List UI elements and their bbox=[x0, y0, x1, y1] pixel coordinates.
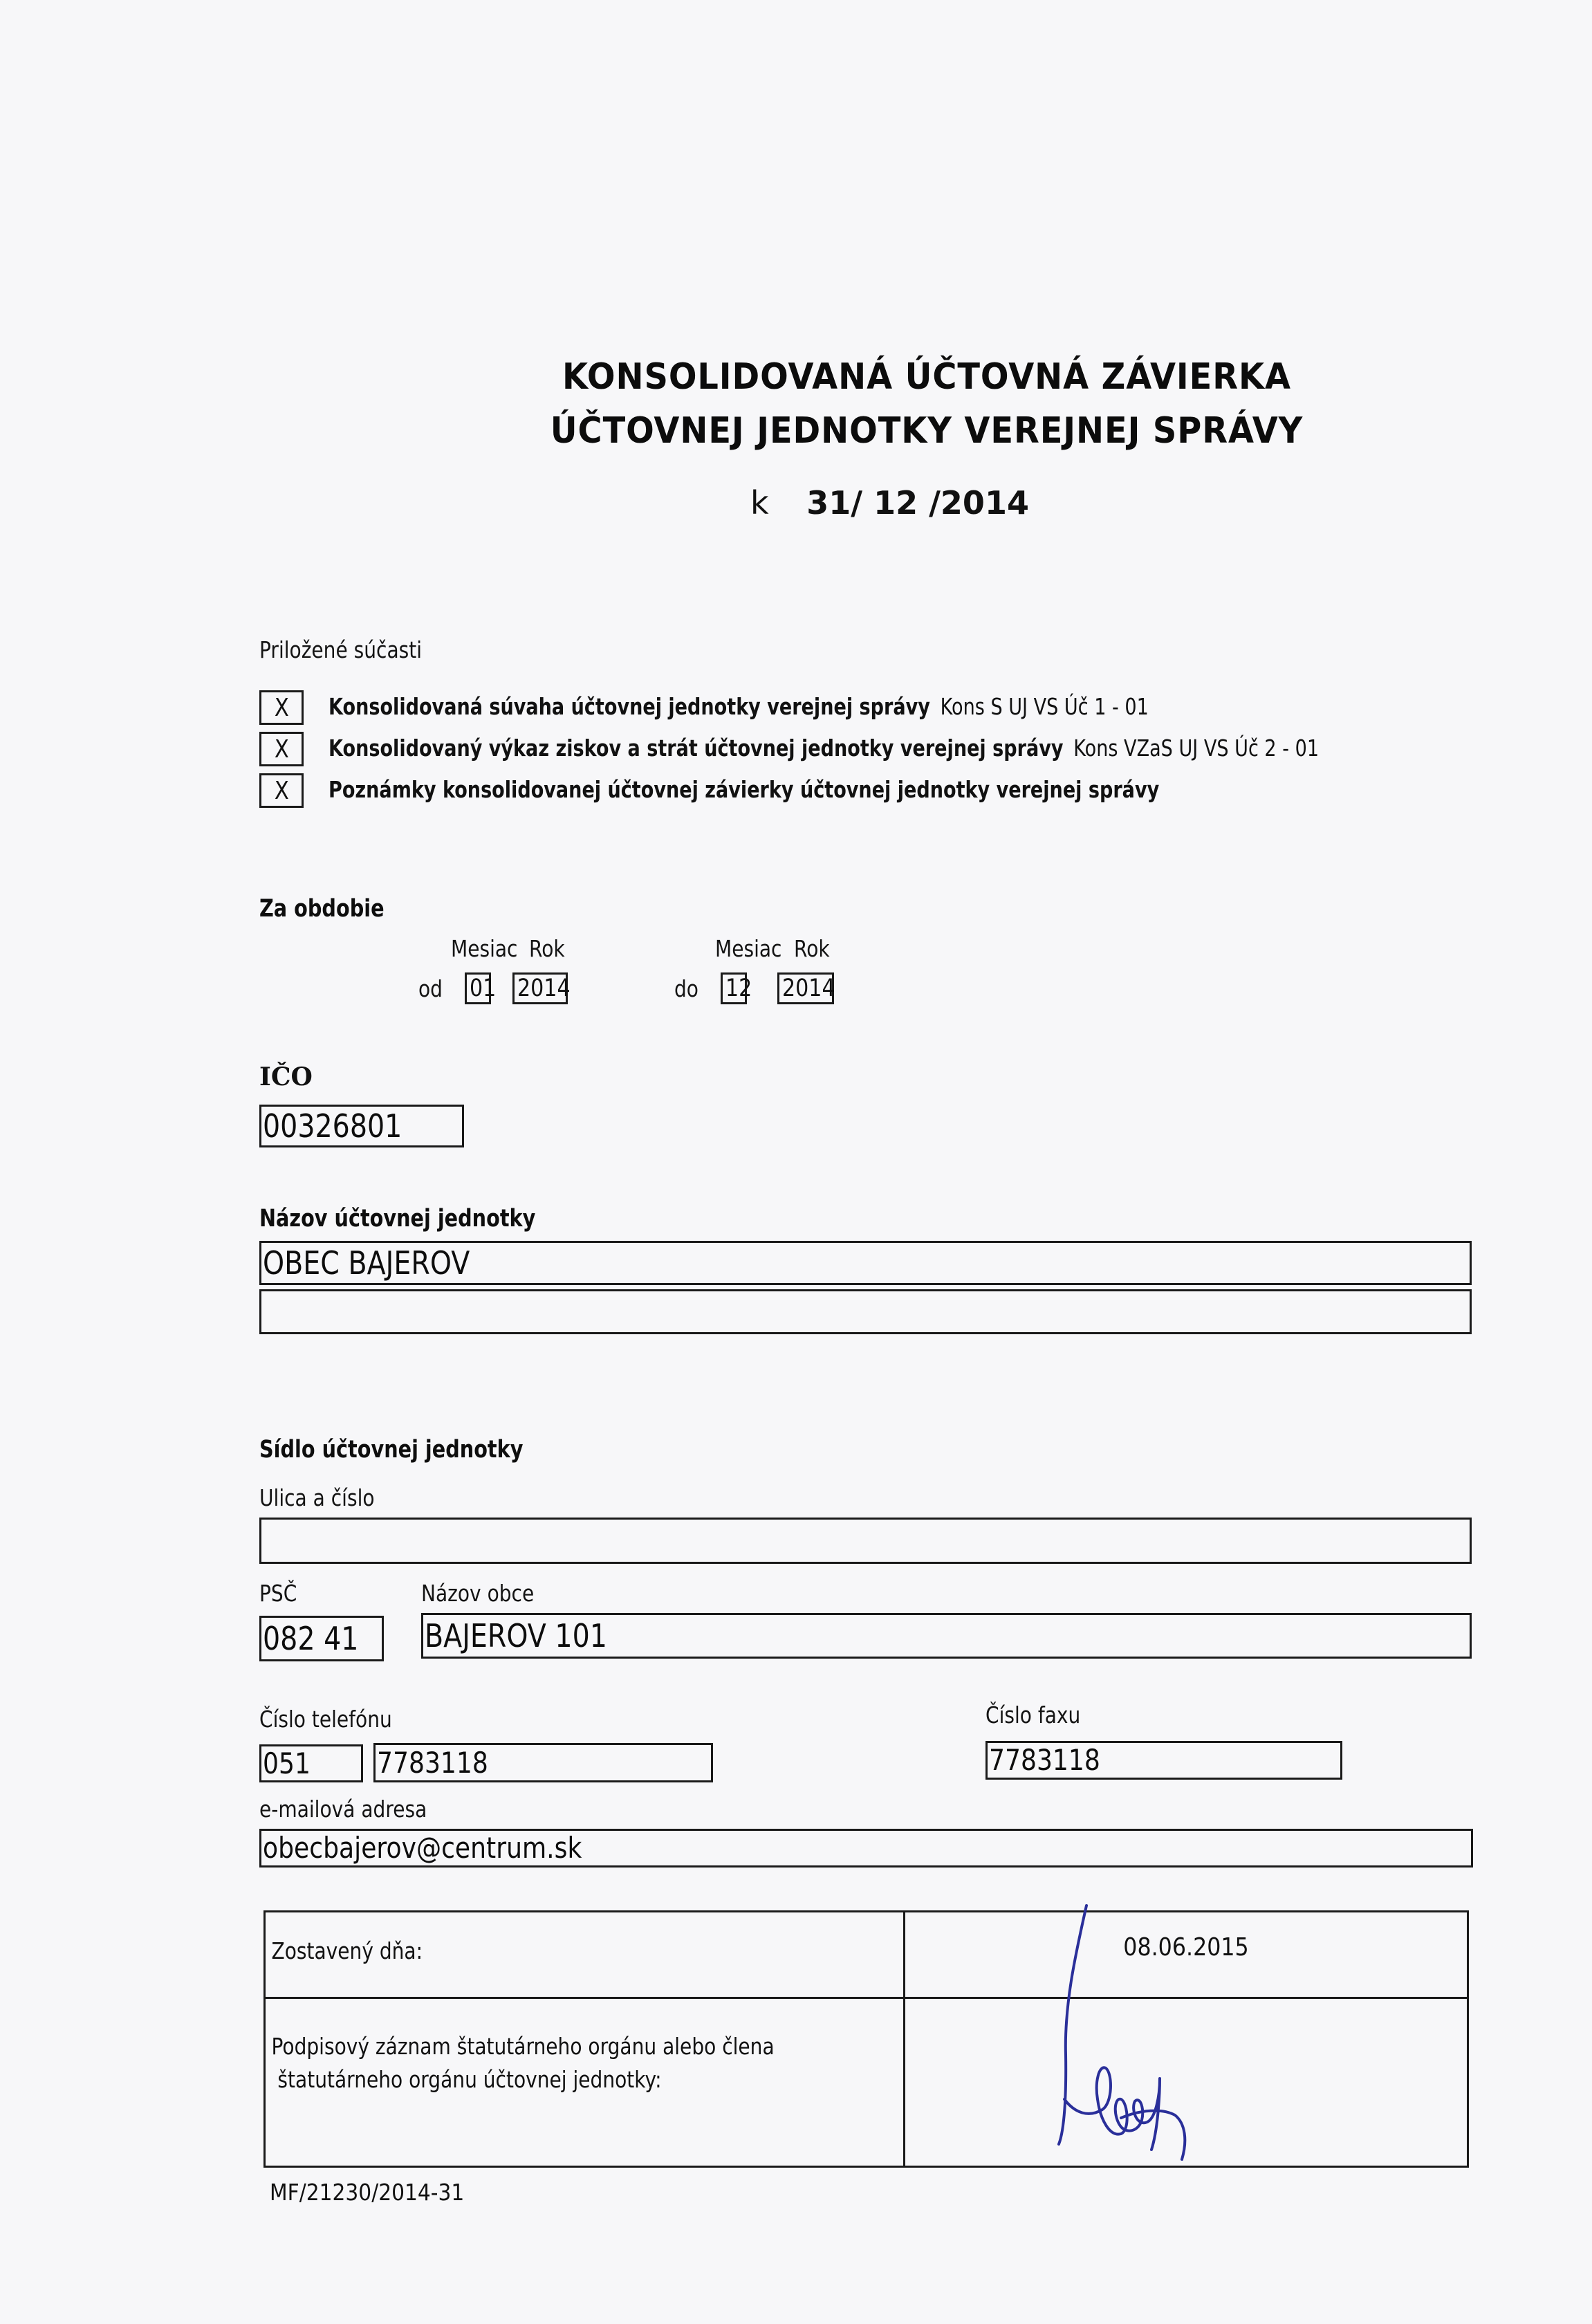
attachments-label: Priložené súčasti bbox=[259, 636, 422, 663]
fax-number-field[interactable]: 7783118 bbox=[985, 1741, 1342, 1780]
street-label: Ulica a číslo bbox=[259, 1484, 375, 1511]
signature-table: Zostavený dňa: 08.06.2015 Podpisový zázn… bbox=[263, 1910, 1469, 2168]
signature-cell bbox=[905, 1998, 1468, 2167]
attachment-item-3: Poznámky konsolidovanej účtovnej závierk… bbox=[328, 776, 1159, 803]
from-month-label: Mesiac bbox=[451, 935, 517, 962]
email-field[interactable]: obecbajerov@centrum.sk bbox=[259, 1829, 1473, 1867]
psc-label: PSČ bbox=[259, 1580, 297, 1607]
form-code: MF/21230/2014-31 bbox=[270, 2179, 464, 2206]
compiled-label-cell: Zostavený dňa: bbox=[265, 1912, 905, 1998]
email-label: e-mailová adresa bbox=[259, 1796, 427, 1823]
to-year-field[interactable]: 2014 bbox=[777, 972, 834, 1004]
signature-label-line1: Podpisový záznam štatutárneho orgánu ale… bbox=[266, 2030, 808, 2063]
document-title-line1: KONSOLIDOVANÁ ÚČTOVNÁ ZÁVIERKA bbox=[456, 356, 1398, 398]
document-title-line2: ÚČTOVNEJ JEDNOTKY VEREJNEJ SPRÁVY bbox=[456, 410, 1398, 452]
from-month-field[interactable]: 01 bbox=[465, 972, 491, 1004]
period-label: Za obdobie bbox=[259, 895, 385, 923]
handwritten-signature-icon bbox=[905, 1999, 1472, 2168]
ico-label: IČO bbox=[259, 1062, 313, 1091]
signature-label-cell: Podpisový záznam štatutárneho orgánu ale… bbox=[265, 1998, 905, 2167]
entity-name-field-line1[interactable]: OBEC BAJEROV bbox=[259, 1241, 1472, 1285]
as-of-prefix: k bbox=[750, 484, 769, 522]
phone-prefix-field[interactable]: 051 bbox=[259, 1744, 363, 1782]
psc-field[interactable]: 082 41 bbox=[259, 1616, 384, 1661]
attachment-checkbox-2[interactable]: X bbox=[259, 732, 304, 766]
entity-name-field-line2[interactable] bbox=[259, 1289, 1472, 1334]
fax-label: Číslo faxu bbox=[985, 1701, 1080, 1728]
attachment-checkbox-1[interactable]: X bbox=[259, 690, 304, 725]
address-section-label: Sídlo účtovnej jednotky bbox=[259, 1436, 523, 1464]
ico-field[interactable]: 00326801 bbox=[259, 1105, 464, 1147]
attachment-item-2: Konsolidovaný výkaz ziskov a strát účtov… bbox=[328, 735, 1319, 762]
from-year-field[interactable]: 2014 bbox=[512, 972, 568, 1004]
compiled-label: Zostavený dňa: bbox=[266, 1935, 808, 1968]
street-field[interactable] bbox=[259, 1518, 1472, 1564]
to-label: do bbox=[674, 975, 698, 1002]
to-month-field[interactable]: 12 bbox=[721, 972, 747, 1004]
attachment-checkbox-3[interactable]: X bbox=[259, 773, 304, 808]
phone-label: Číslo telefónu bbox=[259, 1706, 392, 1733]
from-year-label: Rok bbox=[529, 935, 565, 962]
city-label: Názov obce bbox=[421, 1580, 534, 1607]
attachment-item-1: Konsolidovaná súvaha účtovnej jednotky v… bbox=[328, 693, 1149, 720]
city-field[interactable]: BAJEROV 101 bbox=[421, 1613, 1472, 1659]
signature-label-line2: štatutárneho orgánu účtovnej jednotky: bbox=[266, 2063, 808, 2096]
from-label: od bbox=[418, 975, 443, 1002]
to-year-label: Rok bbox=[794, 935, 830, 962]
phone-number-field[interactable]: 7783118 bbox=[373, 1743, 713, 1782]
entity-name-label: Názov účtovnej jednotky bbox=[259, 1205, 535, 1233]
to-month-label: Mesiac bbox=[715, 935, 781, 962]
as-of-date-value: 31/ 12 /2014 bbox=[806, 484, 1029, 522]
compiled-date: 08.06.2015 bbox=[939, 1933, 1434, 1962]
compiled-date-cell: 08.06.2015 bbox=[905, 1912, 1468, 1998]
as-of-date: k 31/ 12 /2014 bbox=[750, 484, 1029, 522]
